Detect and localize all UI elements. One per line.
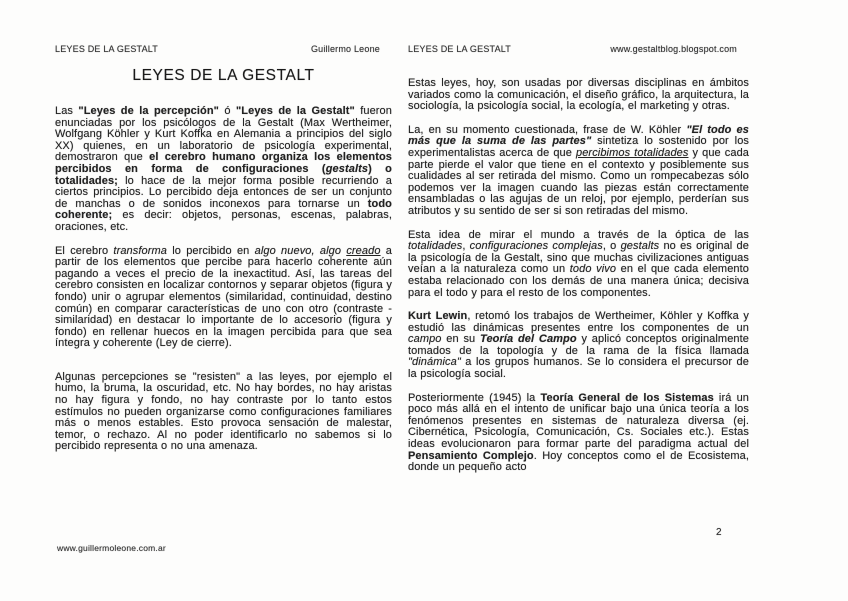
right-running-header: LEYES DE LA GESTALT www.gestaltblog.blog…	[408, 44, 749, 54]
running-header-url: www.gestaltblog.blogspot.com	[610, 44, 737, 54]
paragraph: Algunas percepciones se "resisten" a las…	[55, 372, 392, 453]
page-number: 2	[716, 527, 722, 538]
document-title: LEYES DE LA GESTALT	[55, 67, 392, 85]
paragraph: Posteriormente (1945) la Teoría General …	[408, 393, 749, 474]
left-column-body: Las "Leyes de la percepción" ó "Leyes de…	[55, 106, 392, 453]
document-sheet: LEYES DE LA GESTALT Guillermo Leone LEYE…	[0, 0, 848, 601]
footer-url: www.guillermoleone.com.ar	[57, 543, 166, 553]
left-page-column: LEYES DE LA GESTALT Guillermo Leone LEYE…	[55, 44, 392, 465]
paragraph: Esta idea de mirar el mundo a través de …	[408, 230, 749, 300]
paragraph: La, en su momento cuestionada, frase de …	[408, 125, 749, 218]
right-column-body: Estas leyes, hoy, son usadas por diversa…	[408, 78, 749, 474]
running-header-title: LEYES DE LA GESTALT	[408, 44, 511, 54]
running-header-title: LEYES DE LA GESTALT	[55, 44, 158, 54]
left-running-header: LEYES DE LA GESTALT Guillermo Leone	[55, 44, 392, 54]
paragraph: Estas leyes, hoy, son usadas por diversa…	[408, 78, 749, 113]
paragraph: El cerebro transforma lo percibido en al…	[55, 246, 392, 350]
paragraph: Las "Leyes de la percepción" ó "Leyes de…	[55, 106, 392, 234]
running-header-author: Guillermo Leone	[311, 44, 380, 54]
paragraph: Kurt Lewin, retomó los trabajos de Werth…	[408, 311, 749, 381]
right-page-column: LEYES DE LA GESTALT www.gestaltblog.blog…	[408, 44, 749, 486]
